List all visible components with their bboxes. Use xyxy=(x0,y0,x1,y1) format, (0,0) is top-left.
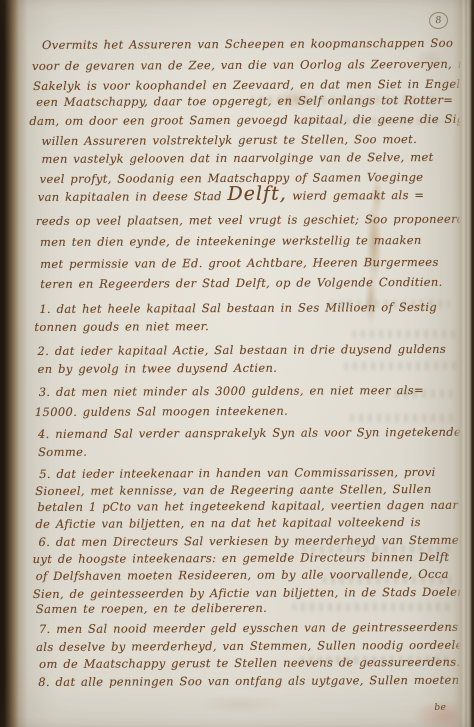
condition-line: uyt de hoogste inteekenaars: en gemelde … xyxy=(33,550,450,566)
condition-line: 3. dat men niet minder als 3000 guldens,… xyxy=(39,383,424,399)
condition-line: betalen 1 pCto van het ingeteekend kapit… xyxy=(37,498,458,514)
condition-line: of Delfshaven moeten Resideeren, om by a… xyxy=(36,567,449,583)
manuscript-line: dam, om door een groot Samen gevoegd kap… xyxy=(29,112,464,128)
condition-line: om de Maatschappy gerust te Stellen neev… xyxy=(39,655,460,671)
catchword: be xyxy=(434,703,446,713)
condition-line: Samen te roepen, en te delibereren. xyxy=(36,601,267,616)
condition-line: 7. men Sal nooid meerder geld eysschen v… xyxy=(39,620,474,636)
manuscript-line: een Maatschappy, daar toe opgeregt, en S… xyxy=(36,93,453,109)
condition-line: als deselve by meerderheyd, van Stemmen,… xyxy=(36,638,471,654)
condition-line: 4. niemand Sal verder aansprakelyk Syn a… xyxy=(38,425,465,441)
manuscript-line: Overmits het Assureren van Scheepen en k… xyxy=(42,36,453,52)
line-text: wierd gemaakt als = xyxy=(287,188,425,203)
condition-line: 8. dat alle penningen Soo van ontfang al… xyxy=(38,673,459,689)
manuscript-line: men vastelyk gelooven dat in naarvolging… xyxy=(41,150,433,166)
manuscript-line: Sakelyk is voor koophandel en Zeevaard, … xyxy=(33,77,474,93)
manuscript-line: met permissie van de Ed. groot Achtbare,… xyxy=(40,255,439,271)
manuscript-text: Overmits het Assureren van Scheepen en k… xyxy=(0,0,474,727)
condition-line: Sien, de geintesseerden by Afictie van b… xyxy=(33,585,465,601)
manuscript-line: voor de gevaren van de Zee, van die van … xyxy=(32,57,474,73)
condition-line: de Afictie van biljetten, en na dat het … xyxy=(35,515,421,531)
manuscript-line: willen Assureren volstrektelyk gerust te… xyxy=(41,132,417,148)
page-stack-edge xyxy=(452,0,474,727)
manuscript-page-photo: 8 Overmits het Assureren van Scheepen en… xyxy=(0,0,474,727)
book-binding-edge xyxy=(0,0,28,727)
condition-line: 15000. guldens Sal moogen inteekenen. xyxy=(35,404,288,419)
condition-line: 6. dat men Directeurs Sal verkiesen by m… xyxy=(38,533,466,549)
manuscript-line: men ten dien eynde, de inteekeninge werk… xyxy=(40,233,422,249)
condition-line: tonnen gouds en niet meer. xyxy=(34,319,209,334)
line-text: van kapitaalen in deese Stad xyxy=(38,189,228,204)
condition-line: 5. dat ieder inteekenaar in handen van C… xyxy=(39,465,436,481)
delft-word: Delft, xyxy=(227,183,286,205)
condition-line: en by gevolg in twee duysend Actien. xyxy=(38,361,278,376)
manuscript-line: van kapitaalen in deese Stad Delft, wier… xyxy=(38,186,425,204)
condition-line: Somme. xyxy=(38,445,87,459)
manuscript-line: reeds op veel plaatsen, met veel vrugt i… xyxy=(36,212,465,228)
condition-line: 2. dat ieder kapitaal Actie, Sal bestaan… xyxy=(37,342,446,358)
manuscript-line: teren en Regeerders der Stad Delft, op d… xyxy=(40,275,443,291)
condition-line: 1. dat het heele kapitaal Sal bestaan in… xyxy=(39,300,437,316)
condition-line: Sioneel, met kennisse, van de Regeering … xyxy=(35,482,431,498)
